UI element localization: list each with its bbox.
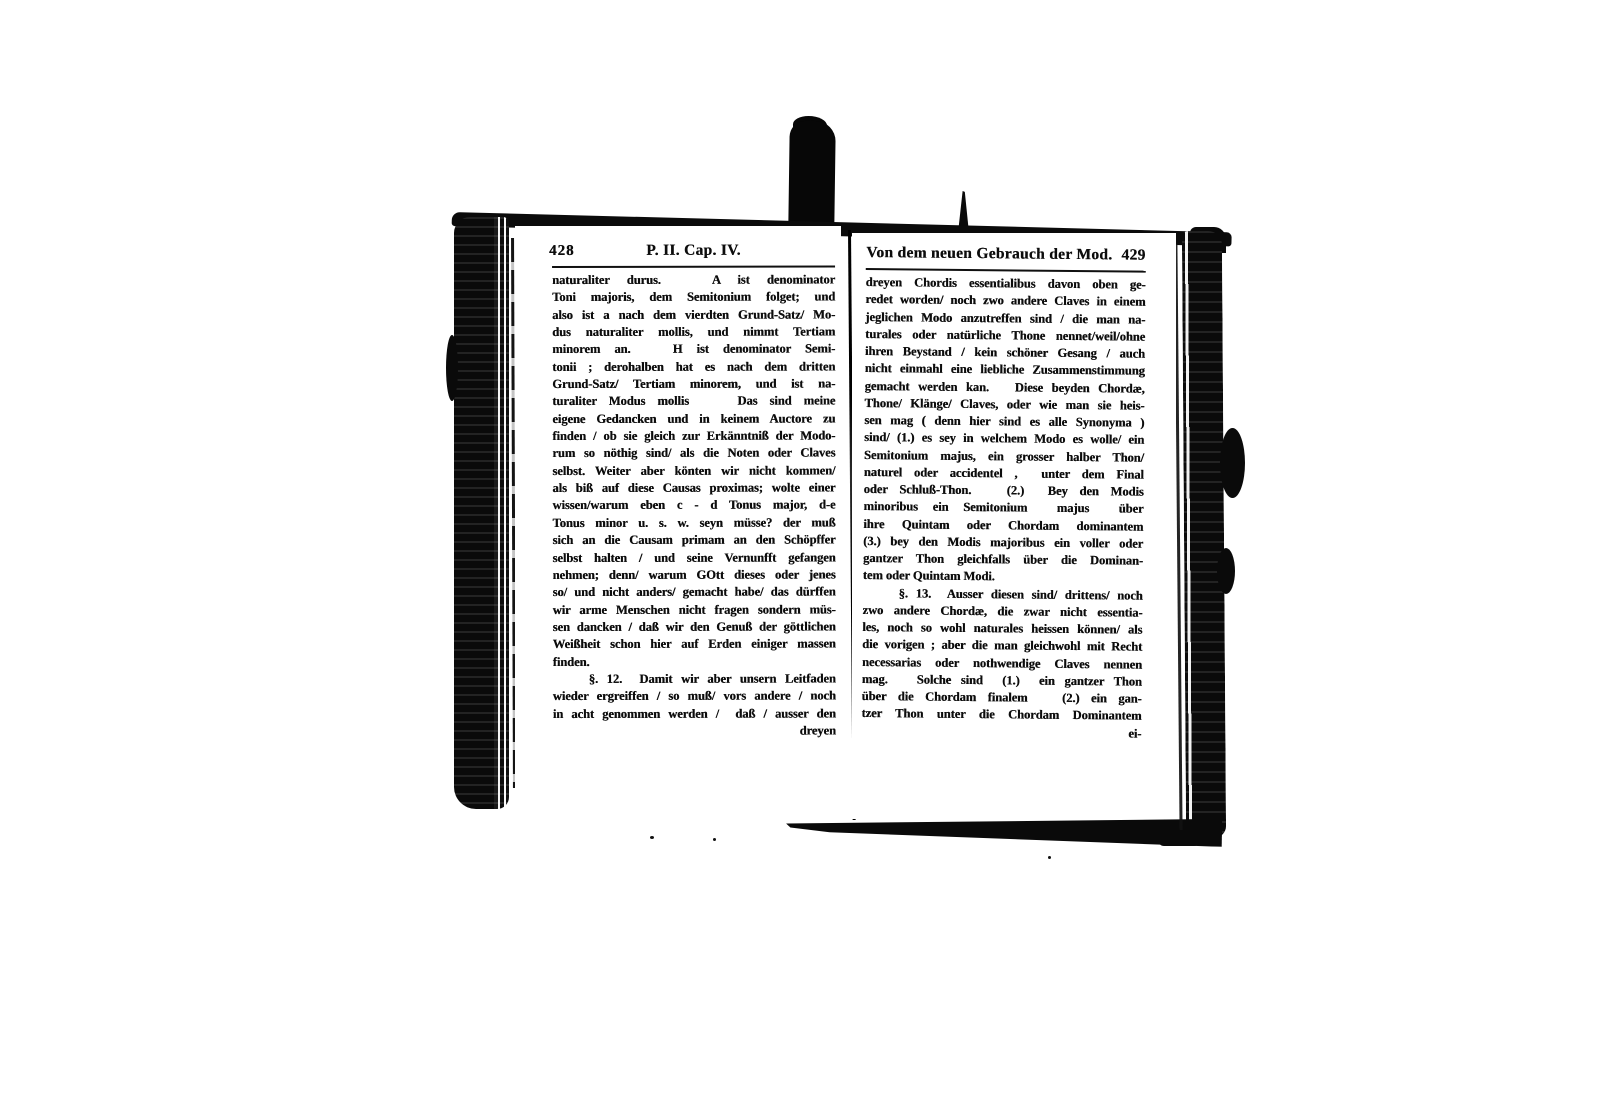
right-page-header: Von dem neuen Gebrauch der Mod. 429 xyxy=(866,244,1146,268)
page-number-left: 428 xyxy=(549,243,575,260)
text-line: die vorigen ; aber die man gleichwohl mi… xyxy=(862,636,1142,656)
text-line: dreyen xyxy=(553,722,836,740)
scan-speck xyxy=(713,838,716,841)
text-line: wir arme Menschen nicht fragen sondern m… xyxy=(553,601,836,619)
text-line: eigene Gedancken und in keinem Auctore z… xyxy=(552,410,835,428)
book-corner-bottom-right xyxy=(1158,833,1202,846)
text-line: finden. xyxy=(553,653,836,671)
text-line: rum so nöthig sind/ als die Noten oder C… xyxy=(552,445,835,463)
scan-speck xyxy=(650,836,654,839)
text-line: sen dancken / daß wir den Genuß der gött… xyxy=(553,618,836,636)
left-page-header: 428 P. II. Cap. IV. xyxy=(552,242,835,263)
text-line: als biß auf diese Causas proximas; wolte… xyxy=(552,480,835,498)
text-line: redet worden/ noch zwo andere Claves in … xyxy=(865,291,1145,311)
bookmark-ribbon xyxy=(788,121,836,234)
page-number-right: 429 xyxy=(1121,246,1145,267)
text-line: in acht genommen werden / daß / ausser d… xyxy=(553,705,836,723)
text-line: dus naturaliter mollis, und nimmt Tertia… xyxy=(552,324,835,342)
book-edge-right xyxy=(1182,231,1226,838)
text-line: Grund-Satz/ Tertiam minorem, und ist na- xyxy=(552,376,835,394)
scan-speck xyxy=(1048,856,1051,859)
running-title-left: P. II. Cap. IV. xyxy=(552,242,835,260)
text-line: minoribus ein Semitonium majus über xyxy=(863,498,1143,518)
right-page: Von dem neuen Gebrauch der Mod. 429 drey… xyxy=(861,244,1146,742)
text-line: finden / ob sie gleich zur Erkänntniß de… xyxy=(552,428,835,446)
header-rule-right xyxy=(866,268,1146,273)
text-line: wieder ergreiffen / so muß/ vors andere … xyxy=(553,688,836,706)
text-line: nehmen; denn/ warum GOtt dieses oder jen… xyxy=(553,566,836,584)
left-page-text: naturaliter durus. A ist denominatorToni… xyxy=(552,272,836,741)
text-line: naturaliter durus. A ist denominator xyxy=(552,272,835,290)
text-line: tzer Thon unter die Chordam Dominantem xyxy=(861,705,1141,725)
text-line: §. 12. Damit wir aber unsern Leitfaden xyxy=(553,670,836,688)
right-page-text: dreyen Chordis essentialibus davon oben … xyxy=(861,274,1145,742)
book-edge-bottom xyxy=(786,815,1222,847)
text-line: tonii ; derohalben hat es nach dem dritt… xyxy=(552,358,835,376)
text-line: Toni majoris, dem Semitonium folget; und xyxy=(552,289,835,307)
text-line: nicht einmahl eine liebliche Zusammensti… xyxy=(865,360,1145,380)
text-line: ei- xyxy=(861,722,1141,742)
book-edge-right-bump xyxy=(1220,428,1245,498)
book-edge-left-bump xyxy=(446,335,458,401)
text-line: selbst. Weiter aber könten wir nicht kom… xyxy=(552,462,835,480)
text-line: so/ und nicht anders/ gemacht habe/ das … xyxy=(553,584,836,602)
book-edge-right-bump xyxy=(1217,548,1235,594)
scanned-book-photo: 428 P. II. Cap. IV. naturaliter durus. A… xyxy=(0,0,1600,1093)
text-line: sich an die Causam primam an den Schöpff… xyxy=(553,532,836,550)
header-rule-left xyxy=(552,266,835,268)
text-line: wissen/warum eben c - d Tonus major, d-e xyxy=(552,497,835,515)
text-line: also ist a nach dem vierdten Grund-Satz/… xyxy=(552,306,835,324)
text-line: minorem an. H ist denominator Semi- xyxy=(552,341,835,359)
running-title-right: Von dem neuen Gebrauch der Mod. xyxy=(866,244,1112,267)
text-line: selbst halten / und seine Vernunfft gefa… xyxy=(553,549,836,567)
text-line: tem oder Quintam Modi. xyxy=(863,567,1143,587)
left-page: 428 P. II. Cap. IV. naturaliter durus. A… xyxy=(552,242,836,741)
text-line: Tonus minor u. s. w. seyn müsse? der muß xyxy=(552,514,835,532)
text-line: Weißheit schon hier auf Erden einiger ma… xyxy=(553,636,836,654)
text-line: sind/ (1.) es sey in welchem Modo es wol… xyxy=(864,429,1144,449)
text-line: turaliter Modus mollis Das sind meine xyxy=(552,393,835,411)
book-edge-left xyxy=(454,217,509,809)
